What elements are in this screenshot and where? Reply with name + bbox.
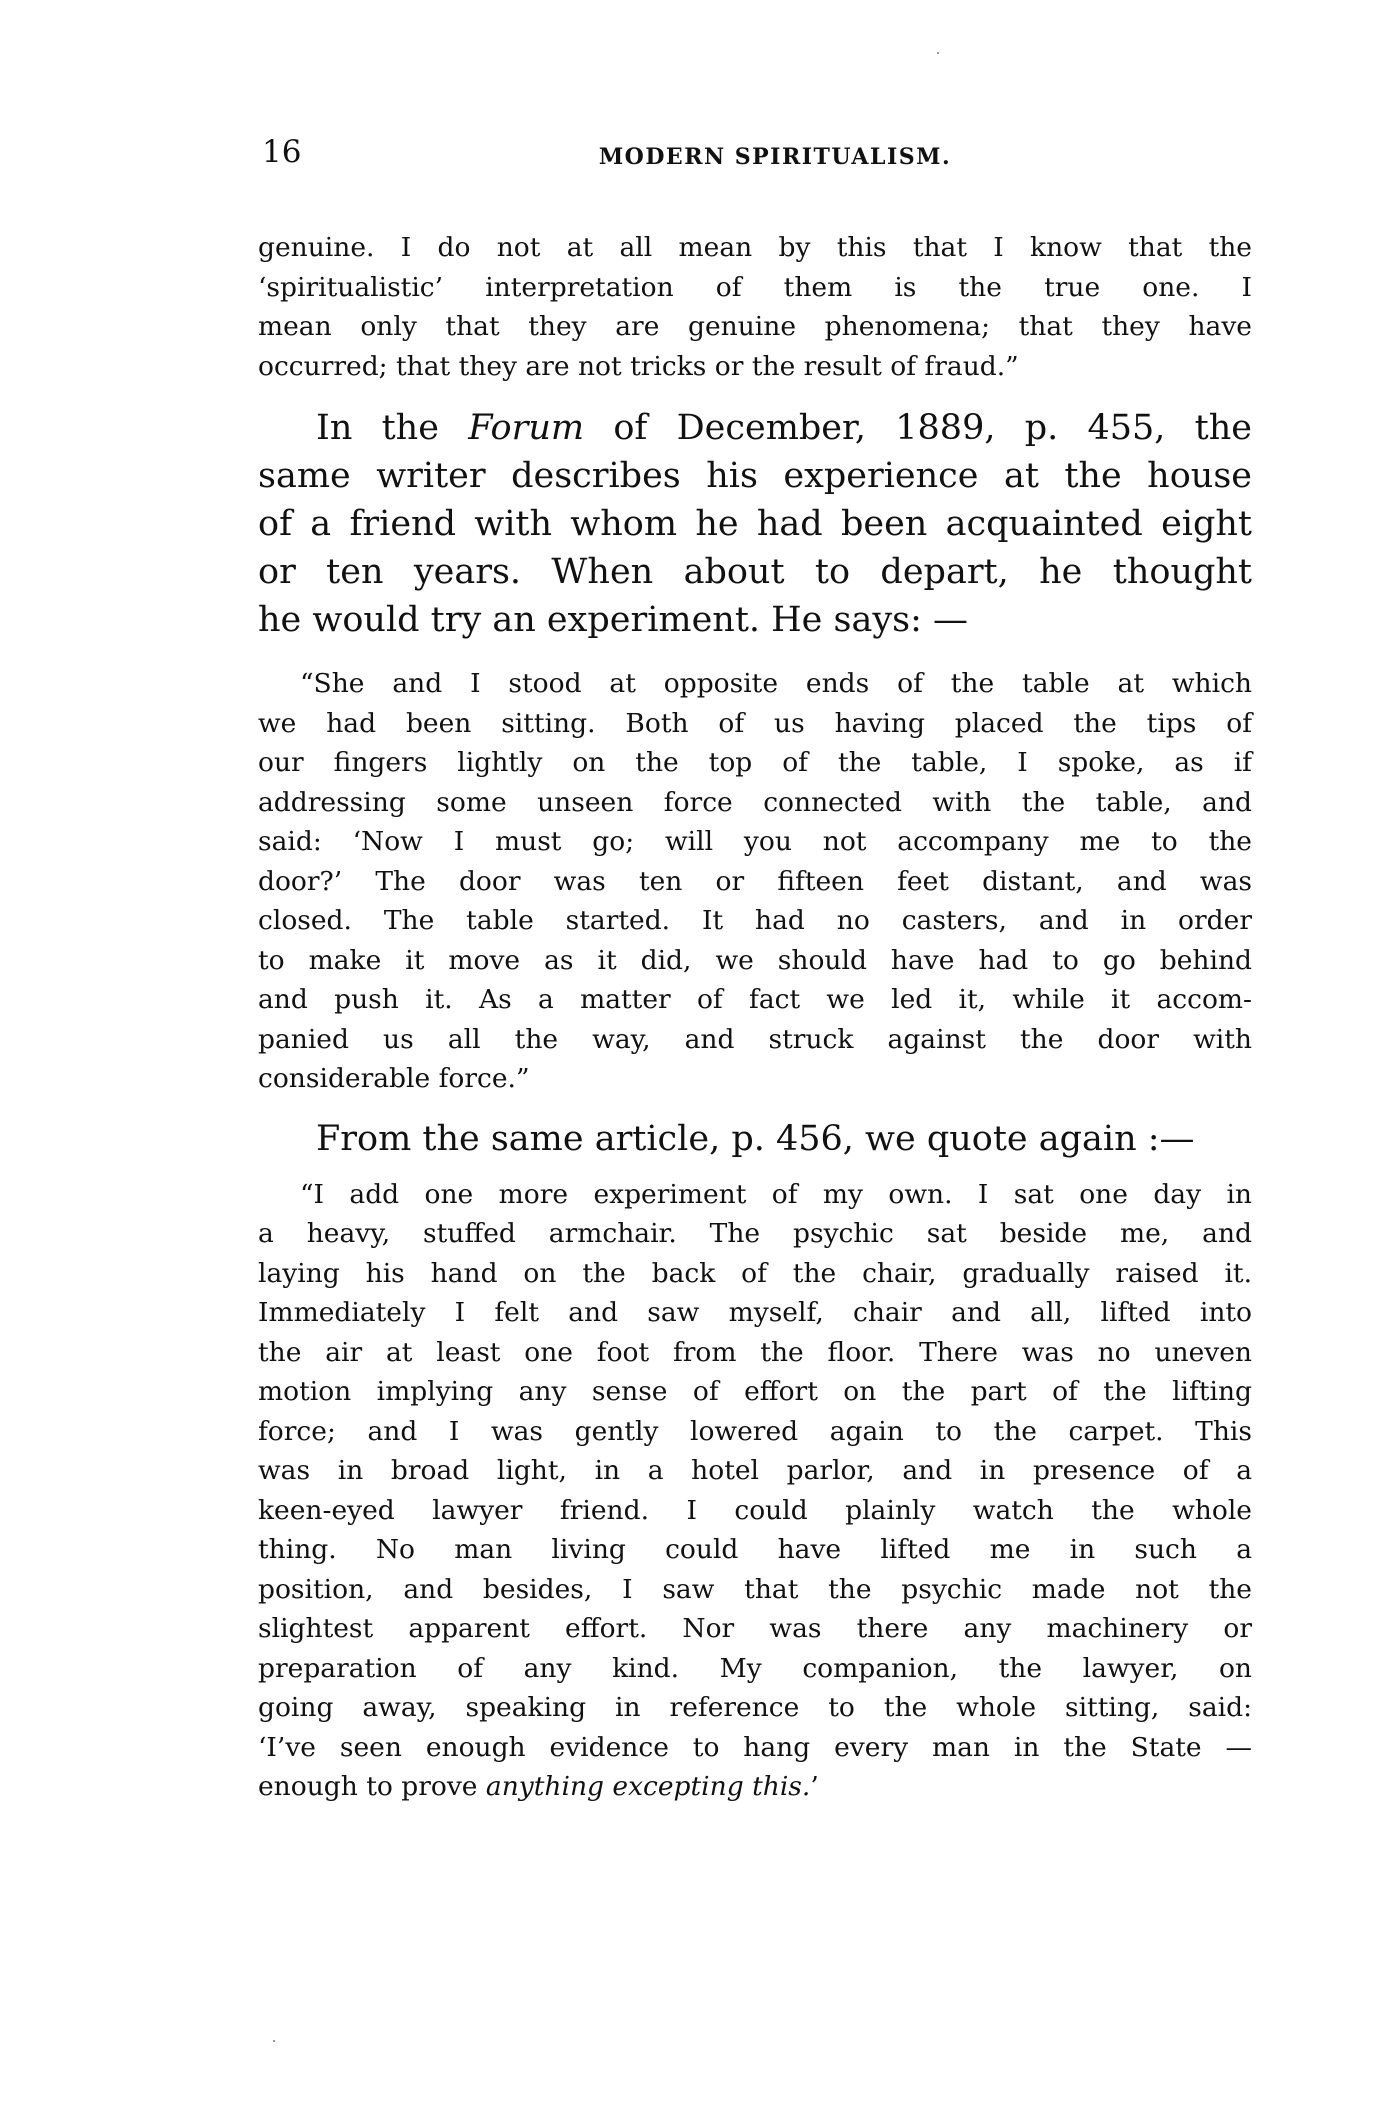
text-line: “I add one more experiment of my own. I … — [258, 1175, 1252, 1215]
text-line: and push it. As a matter of fact we led … — [258, 980, 1252, 1020]
text-line: “She and I stood at opposite ends of the… — [258, 664, 1252, 704]
text-line: we had been sitting. Both of us having p… — [258, 704, 1252, 744]
text-line: enough to prove anything excepting this.… — [258, 1767, 1252, 1807]
text-line: Immediately I felt and saw myself, chair… — [258, 1293, 1252, 1333]
text-line: mean only that they are genuine phenomen… — [258, 307, 1252, 347]
block-quote-table: “She and I stood at opposite ends of the… — [258, 664, 1252, 1099]
text-line: In the Forum of December, 1889, p. 455, … — [258, 404, 1252, 452]
text-line: ‘I’ve seen enough evidence to hang every… — [258, 1728, 1252, 1768]
running-head: 16 MODERN SPIRITUALISM. — [258, 128, 1252, 178]
text-line: slightest apparent effort. Nor was there… — [258, 1609, 1252, 1649]
text-line: considerable force.” — [258, 1059, 1252, 1099]
text-line: addressing some unseen force connected w… — [258, 783, 1252, 823]
text-line: occurred; that they are not tricks or th… — [258, 347, 1252, 387]
text-line: From the same article, p. 456, we quote … — [258, 1115, 1252, 1163]
text-line: genuine. I do not at all mean by this th… — [258, 228, 1252, 268]
text-line: he would try an experiment. He says: — — [258, 596, 1252, 644]
text-line: preparation of any kind. My companion, t… — [258, 1649, 1252, 1689]
text-line: said: ‘Now I must go; will you not accom… — [258, 822, 1252, 862]
text-line: going away, speaking in reference to the… — [258, 1688, 1252, 1728]
emphasis-italic: anything excepting this. — [486, 1771, 810, 1802]
text-line: motion implying any sense of effort on t… — [258, 1372, 1252, 1412]
text-line: keen-eyed lawyer friend. I could plainly… — [258, 1491, 1252, 1531]
text-line: our fingers lightly on the top of the ta… — [258, 743, 1252, 783]
text-line: to make it move as it did, we should hav… — [258, 941, 1252, 981]
text-line: door?’ The door was ten or fifteen feet … — [258, 862, 1252, 902]
text-line: force; and I was gently lowered again to… — [258, 1412, 1252, 1452]
book-page: 16 MODERN SPIRITUALISM. genuine. I do no… — [258, 128, 1252, 1807]
journal-title-italic: Forum — [468, 408, 584, 448]
text-line: laying his hand on the back of the chair… — [258, 1254, 1252, 1294]
block-quote-armchair: “I add one more experiment of my own. I … — [258, 1175, 1252, 1807]
scan-speck — [937, 52, 939, 54]
text-line: same writer describes his experience at … — [258, 452, 1252, 500]
text-line: of a friend with whom he had been acquai… — [258, 500, 1252, 548]
text-line: closed. The table started. It had no cas… — [258, 901, 1252, 941]
text-line: ‘spiritualistic’ interpretation of them … — [258, 268, 1252, 308]
text-line: position, and besides, I saw that the ps… — [258, 1570, 1252, 1610]
text-line: panied us all the way, and struck agains… — [258, 1020, 1252, 1060]
scan-speck — [273, 2040, 275, 2042]
continuation-paragraph: genuine. I do not at all mean by this th… — [258, 228, 1252, 386]
narrative-paragraph-forum: In the Forum of December, 1889, p. 455, … — [258, 404, 1252, 644]
running-title: MODERN SPIRITUALISM. — [258, 144, 1252, 170]
narrative-paragraph-same-article: From the same article, p. 456, we quote … — [258, 1115, 1252, 1163]
text-line: or ten years. When about to depart, he t… — [258, 548, 1252, 596]
text-line: a heavy, stuffed armchair. The psychic s… — [258, 1214, 1252, 1254]
text-line: the air at least one foot from the floor… — [258, 1333, 1252, 1373]
text-line: was in broad light, in a hotel parlor, a… — [258, 1451, 1252, 1491]
text-line: thing. No man living could have lifted m… — [258, 1530, 1252, 1570]
